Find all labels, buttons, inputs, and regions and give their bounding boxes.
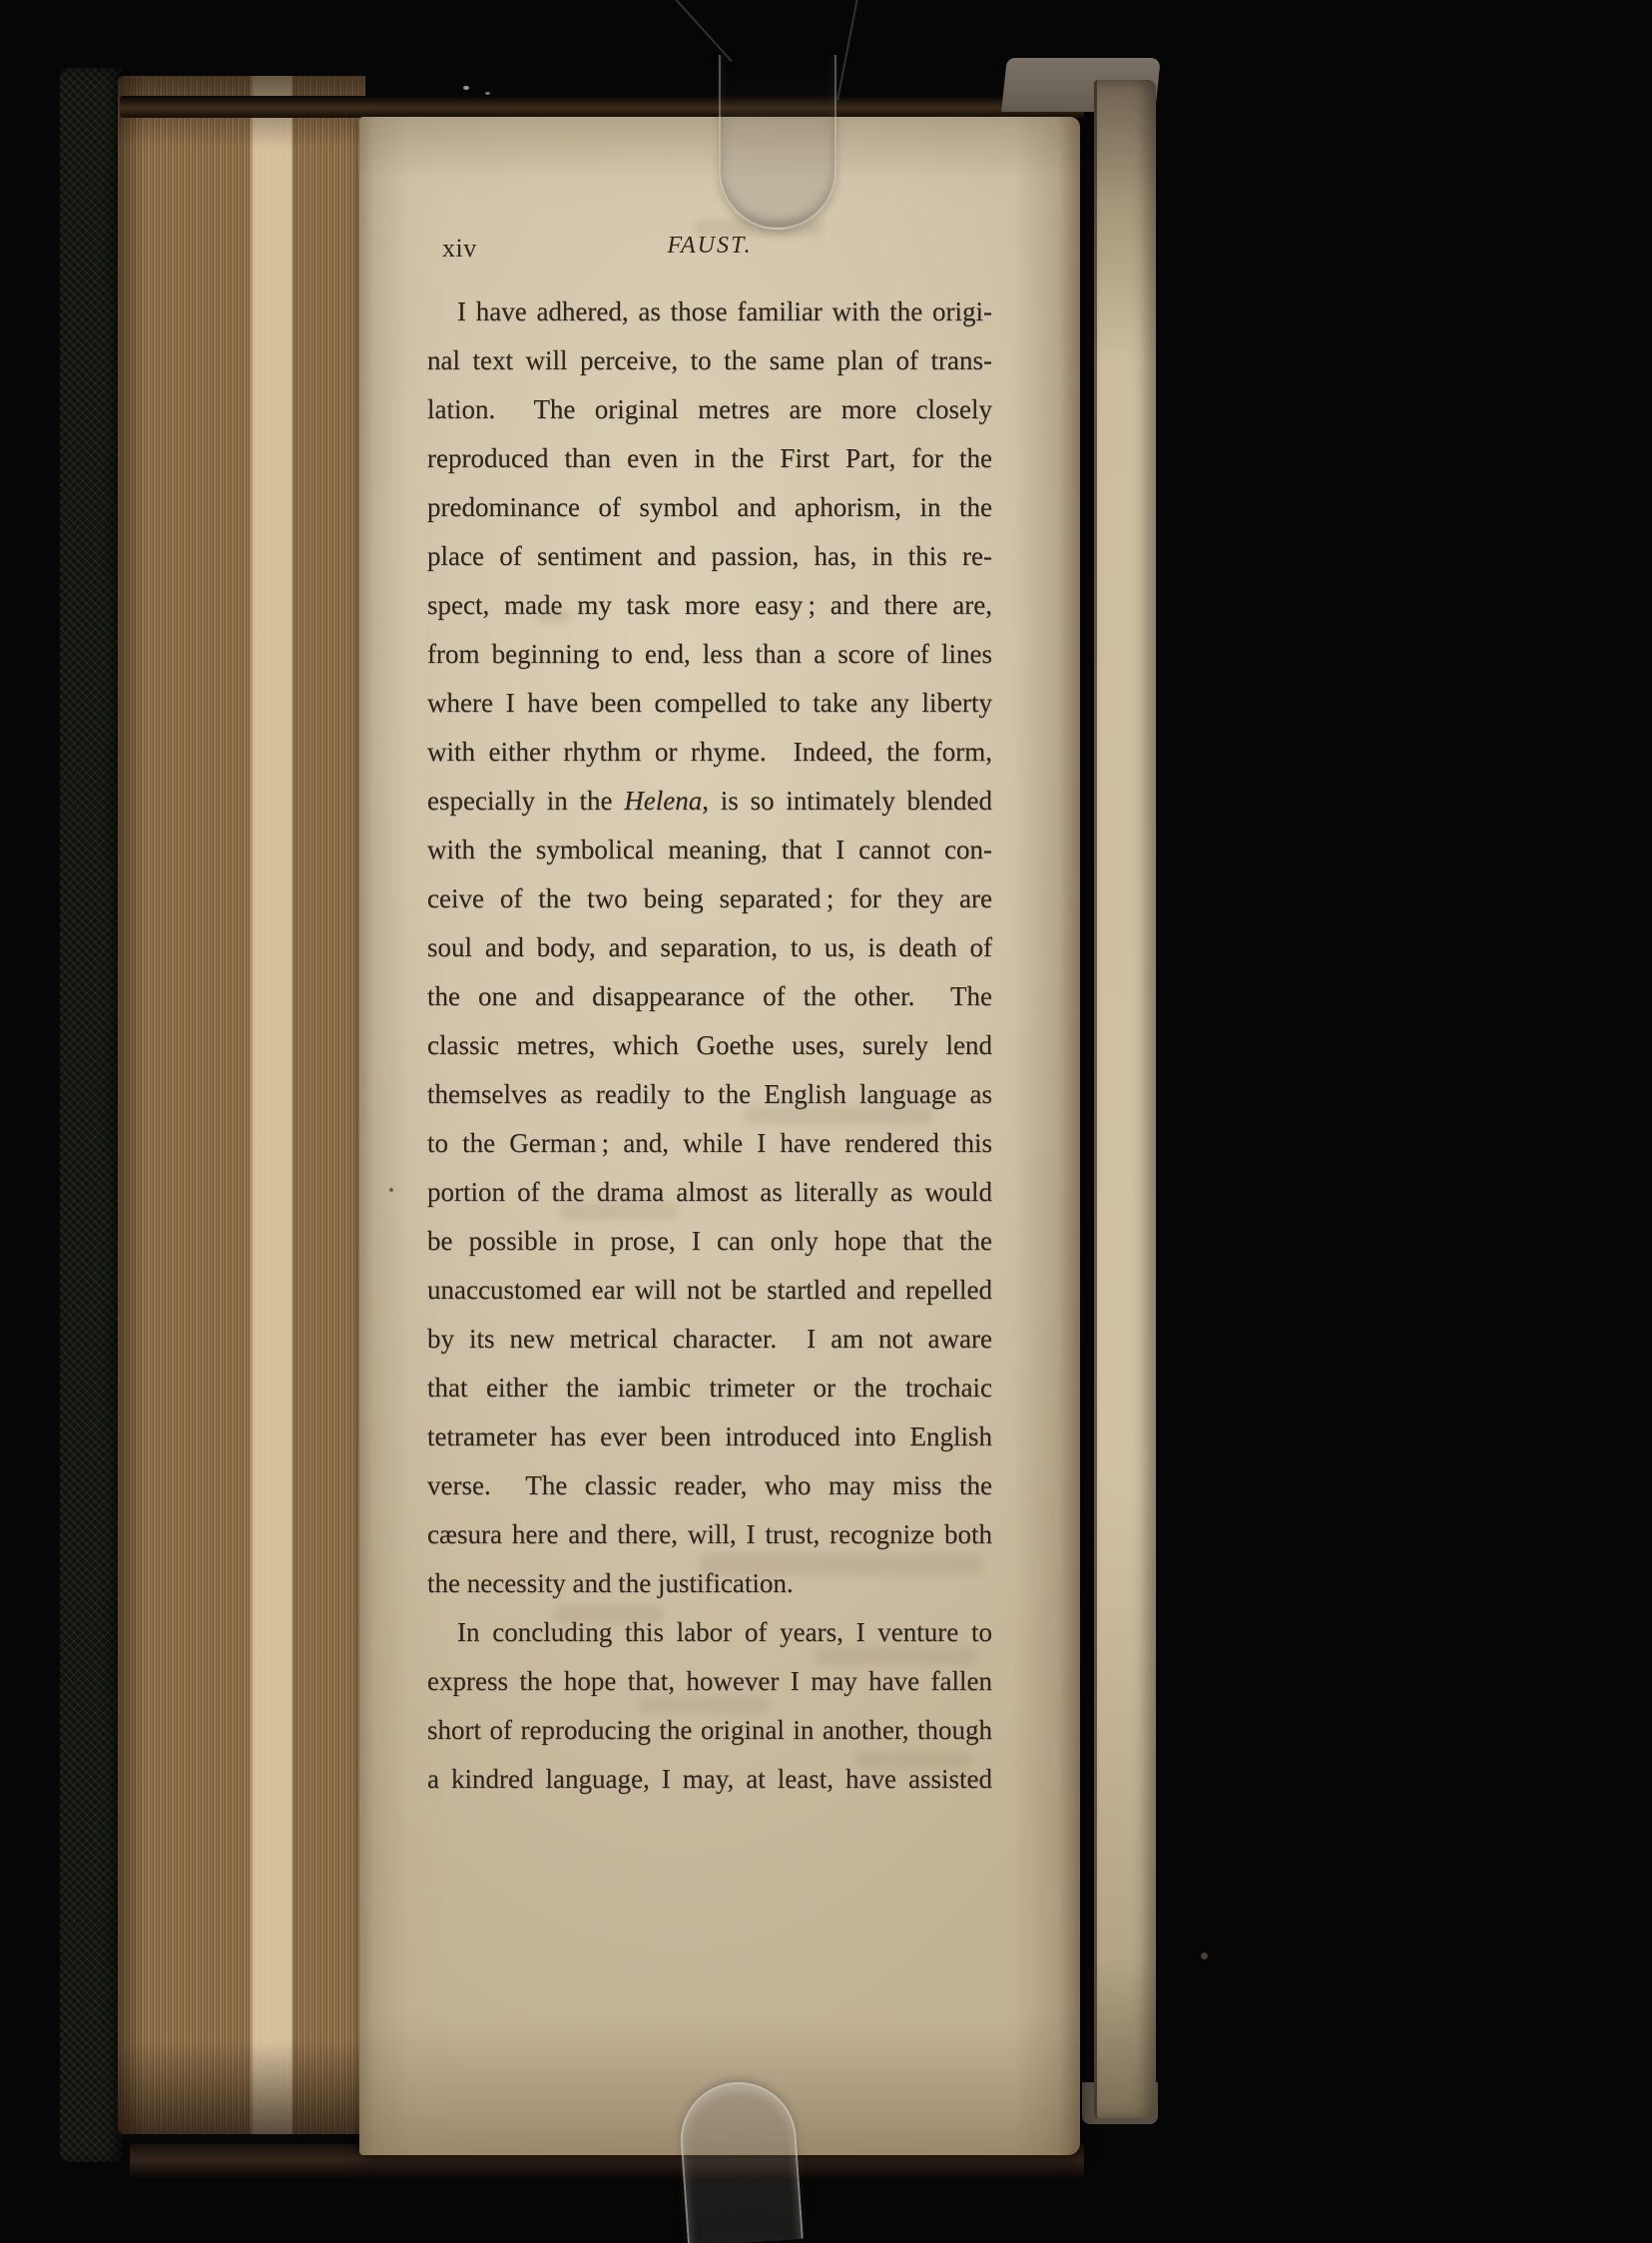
ghost-smudge [537, 611, 571, 621]
paragraph: I have adhered, as those familiar with t… [427, 287, 992, 1608]
text-line: tetrameter has ever been introduced into… [427, 1412, 992, 1461]
running-title: FAUST. [427, 233, 992, 260]
text-line: classic metres, which Goethe uses, surel… [427, 1021, 992, 1070]
text-line: the one and disappearance of the other. … [427, 972, 992, 1021]
book-cover-left [60, 68, 122, 2162]
text-line: unaccustomed ear will not be startled an… [427, 1266, 992, 1315]
text-line: with the symbolical meaning, that I cann… [427, 826, 992, 874]
ghost-smudge [853, 1752, 973, 1768]
ghost-smudge [639, 1697, 769, 1713]
facing-page-edge [1094, 80, 1156, 2118]
ghost-smudge [554, 1605, 664, 1623]
page-holder-strap-top [719, 55, 836, 230]
body-text: I have adhered, as those familiar with t… [427, 287, 992, 1804]
text-line: nal text will perceive, to the same plan… [427, 336, 992, 385]
text-line: portion of the drama almost as literally… [427, 1168, 992, 1217]
text-line: ceive of the two being separated ; for t… [427, 874, 992, 923]
dust-speck [485, 92, 490, 95]
text-line: spect, made my task more easy ; and ther… [427, 581, 992, 630]
text-line: by its new metrical character. I am not … [427, 1315, 992, 1364]
text-line: where I have been compelled to take any … [427, 679, 992, 728]
book-cover-top-edge [120, 96, 1084, 118]
text-line: lation. The original metres are more clo… [427, 385, 992, 434]
text-line: especially in the Helena, is so intimate… [427, 777, 992, 826]
text-line: place of sentiment and passion, has, in … [427, 532, 992, 581]
text-line: I have adhered, as those familiar with t… [427, 287, 992, 336]
text-line: verse. The classic reader, who may miss … [427, 1461, 992, 1510]
text-line: short of reproducing the original in ano… [427, 1706, 992, 1755]
page-fore-edge-stack [118, 76, 365, 2134]
text-line: that either the iambic trimeter or the t… [427, 1364, 992, 1412]
text-line: predominance of symbol and aphorism, in … [427, 483, 992, 532]
ghost-smudge [559, 1203, 679, 1219]
text-line: to the German ; and, while I have render… [427, 1119, 992, 1168]
book-page: xiv FAUST. I have adhered, as those fami… [359, 117, 1080, 2155]
ghost-smudge [814, 1647, 978, 1665]
strap-edge-highlight [672, 0, 732, 62]
dust-speck [389, 1188, 393, 1192]
text-line: be possible in prose, I can only hope th… [427, 1217, 992, 1266]
dust-speck [463, 86, 469, 90]
ghost-smudge [699, 1553, 983, 1575]
emphasized-text: Helena [624, 786, 702, 816]
text-line: soul and body, and separation, to us, is… [427, 923, 992, 972]
text-line: from beginning to end, less than a score… [427, 630, 992, 679]
photo-backdrop: xiv FAUST. I have adhered, as those fami… [0, 0, 1652, 2243]
strap-edge-highlight [836, 0, 858, 100]
ink-speck [1201, 1953, 1208, 1960]
text-line: cæsura here and there, will, I trust, re… [427, 1510, 992, 1559]
ghost-smudge [744, 1106, 933, 1124]
text-line: reproduced than even in the First Part, … [427, 434, 992, 483]
text-line: with either rhythm or rhyme. Indeed, the… [427, 728, 992, 777]
